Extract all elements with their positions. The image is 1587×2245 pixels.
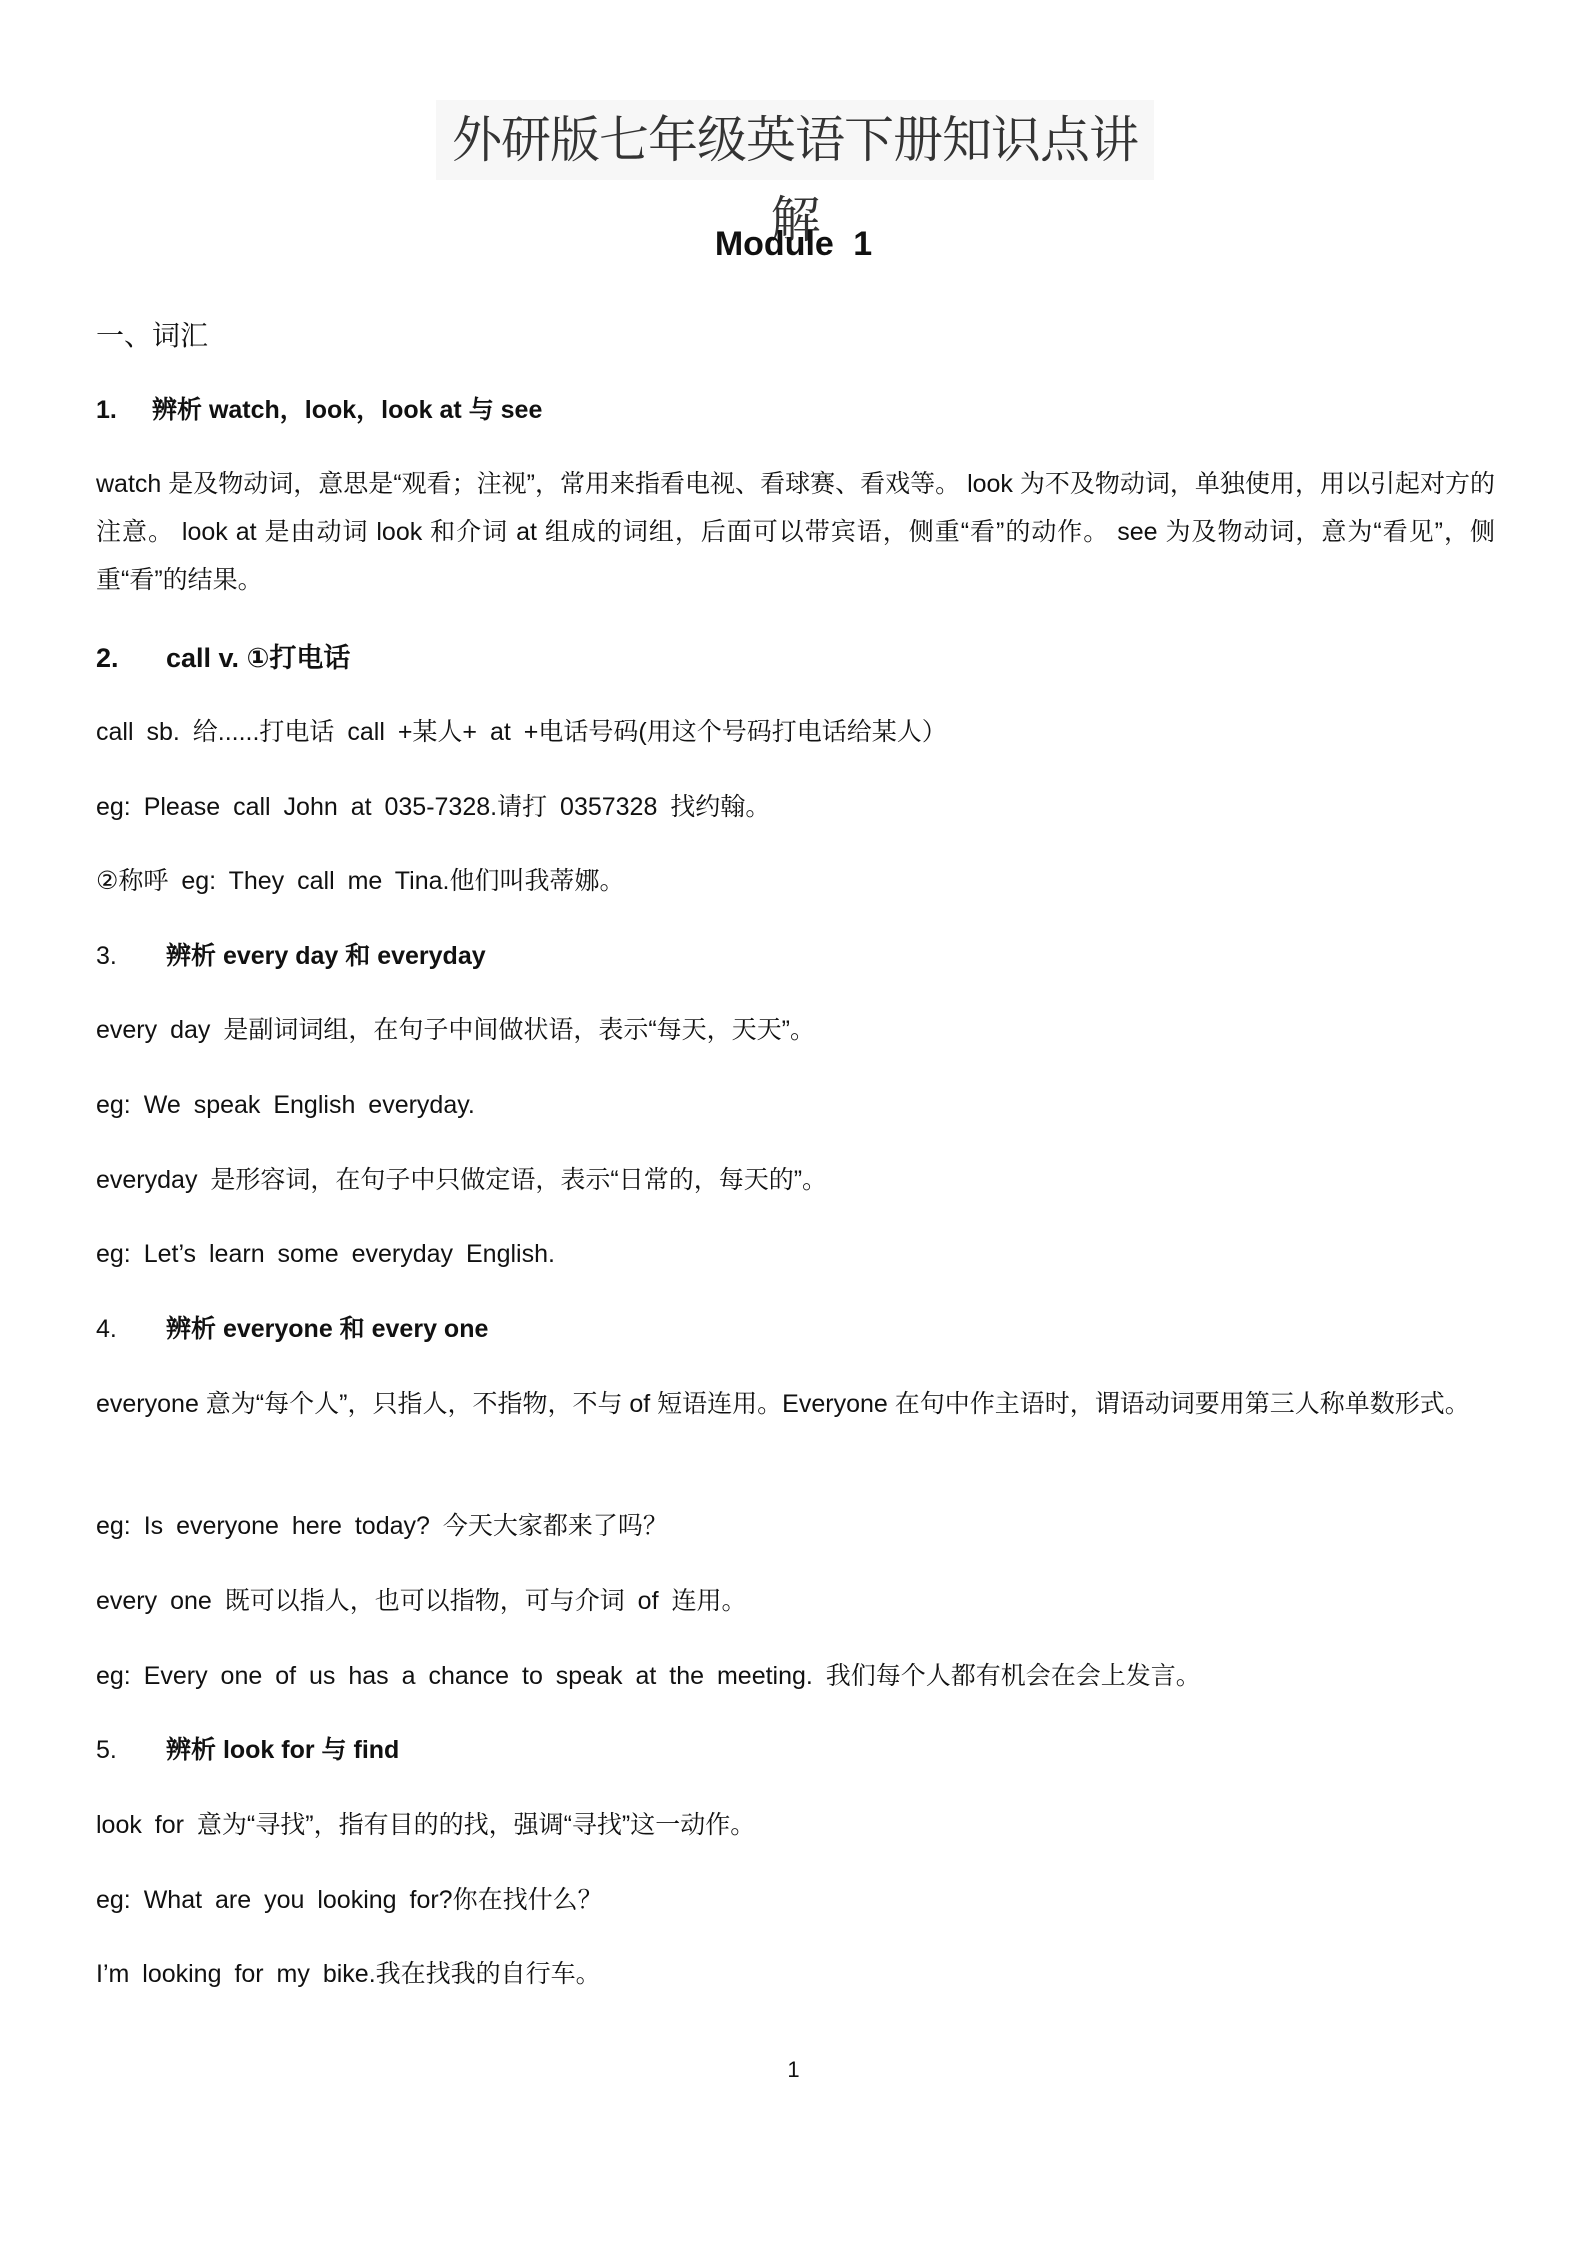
- item-number: 4.: [96, 1305, 166, 1353]
- page-number: 1: [0, 2057, 1587, 2083]
- item-number: 3.: [96, 932, 166, 980]
- item-3-line-2: everyday 是形容词，在句子中只做定语，表示“日常的，每天的”。: [96, 1156, 1495, 1204]
- document-page: 外研版七年级英语下册知识点讲解 Module 1 一、词汇 1.辨析 watch…: [0, 0, 1587, 2245]
- item-body-1: watch 是及物动词，意思是“观看；注视”，常用来指看电视、看球赛、看戏等。 …: [96, 460, 1495, 604]
- item-heading-3: 3.辨析 every day 和 everyday: [96, 932, 1495, 980]
- item-2-line-2: ②称呼 eg: They call me Tina.他们叫我蒂娜。: [96, 857, 1495, 905]
- item-4-example-2: eg: Every one of us has a chance to spea…: [96, 1652, 1495, 1700]
- item-heading-4: 4.辨析 everyone 和 every one: [96, 1305, 1495, 1353]
- item-heading-text: 辨析 everyone 和 every one: [166, 1315, 488, 1343]
- item-heading-text: call v. ①打电话: [166, 643, 350, 673]
- document-title: 外研版七年级英语下册知识点讲解: [436, 100, 1154, 180]
- item-5-example-2: I’m looking for my bike.我在找我的自行车。: [96, 1950, 1495, 1998]
- item-2-example-1: eg: Please call John at 035-7328.请打 0357…: [96, 783, 1495, 831]
- item-heading-text: 辨析 every day 和 everyday: [166, 942, 486, 970]
- module-heading: Module 1: [0, 225, 1587, 264]
- item-heading-5: 5.辨析 look for 与 find: [96, 1726, 1495, 1774]
- item-4-example-1: eg: Is everyone here today? 今天大家都来了吗？: [96, 1502, 1495, 1550]
- item-2-line-1: call sb. 给......打电话 call +某人+ at +电话号码(用…: [96, 708, 1495, 756]
- item-3-line-1: every day 是副词词组，在句子中间做状语，表示“每天，天天”。: [96, 1006, 1495, 1054]
- item-3-example-1: eg: We speak English everyday.: [96, 1081, 1495, 1129]
- item-number: 2.: [96, 634, 166, 682]
- item-heading-text: 辨析 look for 与 find: [166, 1736, 399, 1764]
- item-4-body: everyone 意为“每个人”，只指人，不指物，不与 of 短语连用。Ever…: [96, 1380, 1495, 1428]
- item-number: 1.: [96, 386, 152, 434]
- item-5-example-1: eg: What are you looking for?你在找什么？: [96, 1876, 1495, 1924]
- item-5-line-1: look for 意为“寻找”，指有目的的找，强调“寻找”这一动作。: [96, 1801, 1495, 1849]
- item-heading-2: 2.call v. ①打电话: [96, 634, 1495, 682]
- item-heading-1: 1.辨析 watch，look，look at 与 see: [96, 386, 1495, 434]
- item-number: 5.: [96, 1726, 166, 1774]
- item-heading-text: 辨析 watch，look，look at 与 see: [152, 396, 542, 424]
- section-heading: 一、词汇: [96, 312, 1495, 360]
- item-3-example-2: eg: Let’s learn some everyday English.: [96, 1230, 1495, 1278]
- item-4-line-2: every one 既可以指人，也可以指物，可与介词 of 连用。: [96, 1577, 1495, 1625]
